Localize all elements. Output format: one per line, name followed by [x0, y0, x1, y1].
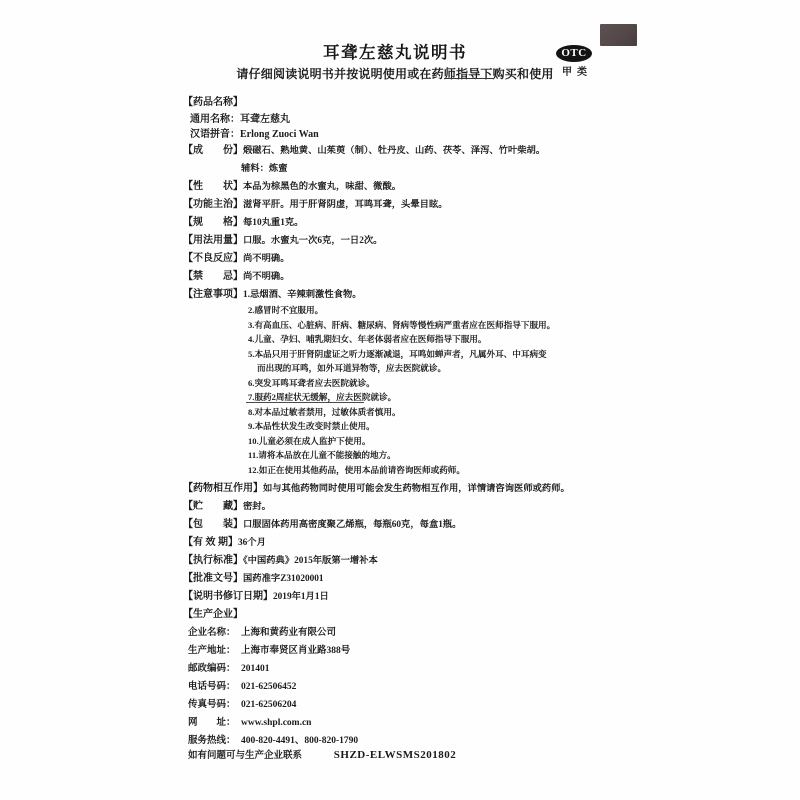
field-label: 通用名称： — [190, 114, 240, 125]
precaution-item: 5.本品只用于肝肾阴虚证之听力逐渐减退，耳鸣如蝉声者，凡属外耳、中耳病变 — [183, 346, 570, 361]
precaution-text: 而出现的耳鸣，如外耳道异物等，应去医院就诊。 — [257, 363, 446, 373]
field-value: 400-820-4491、800-820-1790 — [241, 736, 358, 746]
manufacturer-row: 电话号码：021-62506452 — [183, 676, 570, 694]
precaution-item: 11.请将本品放在儿童不能接触的地方。 — [183, 447, 570, 462]
section-indications: 【功能主治】滋肾平肝。用于肝肾阴虚，耳鸣耳聋，头晕目眩。 — [183, 194, 570, 212]
leaflet-page: 耳聋左慈丸说明书 请仔细阅读说明书并按说明使用或在药师指导下购买和使用 OTC … — [0, 0, 800, 800]
section-value: 口服。水蜜丸一次6克，一日2次。 — [243, 236, 382, 246]
manufacturer-row: 企业名称：上海和黄药业有限公司 — [183, 622, 570, 640]
section-label: 【生产企业】 — [183, 609, 243, 620]
manufacturer-row: 邮政编码：201401 — [183, 658, 570, 676]
precaution-text: 5.本品只用于肝肾阴虚证之听力逐渐减退，耳鸣如蝉声者，凡属外耳、中耳病变 — [248, 349, 547, 359]
manufacturer-row: 传真号码：021-62506204 — [183, 694, 570, 712]
section-properties: 【性 状】本品为棕黑色的水蜜丸，味甜、微酸。 — [183, 176, 570, 194]
section-label: 【说明书修订日期】 — [183, 591, 273, 602]
precaution-text: 3.有高血压、心脏病、肝病、糖尿病、肾病等慢性病严重者应在医师指导下服用。 — [248, 320, 555, 330]
section-label: 【用法用量】 — [183, 235, 243, 246]
field-label: 汉语拼音： — [190, 129, 240, 140]
pinyin-row: 汉语拼音：Erlong Zuoci Wan — [183, 125, 570, 140]
precaution-text: 6.突发耳鸣耳聋者应去医院就诊。 — [248, 378, 375, 388]
section-contraindications: 【禁 忌】尚不明确。 — [183, 266, 570, 284]
precaution-text: 4.儿童、孕妇、哺乳期妇女、年老体弱者应在医师指导下服用。 — [248, 334, 486, 344]
section-standard: 【执行标准】《中国药典》2015年版第一增补本 — [183, 550, 570, 568]
section-validity: 【有 效 期】36个月 — [183, 532, 570, 550]
precaution-item: 12.如正在使用其他药品，使用本品前请咨询医师或药师。 — [183, 462, 570, 477]
section-label: 【功能主治】 — [183, 199, 243, 210]
section-label: 【包 装】 — [183, 519, 243, 530]
section-label: 【药品名称】 — [183, 97, 243, 108]
manufacturer-row: 生产地址：上海市奉贤区肖业路388号 — [183, 640, 570, 658]
field-value: 021-62506452 — [241, 682, 296, 692]
precaution-item: 3.有高血压、心脏病、肝病、糖尿病、肾病等慢性病严重者应在医师指导下服用。 — [183, 317, 570, 332]
section-label: 【规 格】 — [183, 217, 243, 228]
section-ingredients: 【成 份】煅磁石、熟地黄、山茱萸（制）、牡丹皮、山药、茯苓、泽泻、竹叶柴胡。 — [183, 140, 570, 158]
doc-code: SHZD-ELWSMS201802 — [334, 749, 456, 761]
precaution-item: 9.本品性状发生改变时禁止使用。 — [183, 418, 570, 433]
section-value: 《中国药典》2015年版第一增补本 — [243, 556, 378, 566]
field-value: 耳聋左慈丸 — [240, 114, 290, 125]
section-value: 尚不明确。 — [243, 272, 290, 282]
field-value: Erlong Zuoci Wan — [240, 129, 319, 140]
manufacturer-row: 网 址：www.shpl.com.cn — [183, 712, 570, 730]
section-value: 密封。 — [243, 502, 271, 512]
section-label: 【药物相互作用】 — [183, 483, 263, 494]
precaution-text: 9.本品性状发生改变时禁止使用。 — [248, 421, 375, 431]
section-label: 【不良反应】 — [183, 253, 243, 264]
section-label: 【贮 藏】 — [183, 501, 243, 512]
section-revision-date: 【说明书修订日期】2019年1月1日 — [183, 586, 570, 604]
section-label: 【注意事项】 — [183, 289, 243, 300]
section-value: 每10丸重1克。 — [243, 218, 303, 228]
section-precautions: 【注意事项】1.忌烟酒、辛辣刺激性食物。 — [183, 284, 570, 302]
section-value: 36个月 — [238, 538, 266, 548]
precaution-item: 10.儿童必须在成人监护下使用。 — [183, 433, 570, 448]
scan-smudge-artifact — [600, 24, 637, 46]
page-subtitle: 请仔细阅读说明书并按说明使用或在药师指导下购买和使用 — [236, 65, 553, 82]
section-value: 国药准字Z31020001 — [243, 574, 324, 584]
section-value: 滋肾平肝。用于肝肾阴虚，耳鸣耳聋，头晕目眩。 — [243, 200, 448, 210]
section-value: 本品为棕黑色的水蜜丸，味甜、微酸。 — [243, 182, 401, 192]
precaution-item-continuation: 而出现的耳鸣，如外耳道异物等，应去医院就诊。 — [183, 360, 570, 375]
field-value: www.shpl.com.cn — [241, 718, 311, 728]
leaflet-body: 【药品名称】 通用名称：耳聋左慈丸 汉语拼音：Erlong Zuoci Wan … — [183, 92, 570, 764]
section-dosage: 【用法用量】口服。水蜜丸一次6克，一日2次。 — [183, 230, 570, 248]
scan-artifact-underline — [444, 78, 493, 79]
section-label: 【性 状】 — [183, 181, 243, 192]
section-label: 【成 份】 — [183, 145, 243, 156]
manufacturer-row: 服务热线：400-820-4491、800-820-1790 — [183, 730, 570, 748]
section-value: 如与其他药物同时使用可能会发生药物相互作用，详情请咨询医师或药师。 — [263, 484, 570, 494]
section-drug-name: 【药品名称】 — [183, 92, 570, 110]
page-title: 耳聋左慈丸说明书 — [323, 39, 467, 63]
section-value: 尚不明确。 — [243, 254, 290, 264]
precaution-item: 6.突发耳鸣耳聋者应去医院就诊。 — [183, 375, 570, 390]
section-spec: 【规 格】每10丸重1克。 — [183, 212, 570, 230]
excipient-row: 辅料：炼蜜 — [183, 158, 570, 176]
precaution-item: 2.感冒时不宜服用。 — [183, 302, 570, 317]
section-package: 【包 装】口服固体药用高密度聚乙烯瓶，每瓶60克，每盒1瓶。 — [183, 514, 570, 532]
field-value: 上海市奉贤区肖业路388号 — [241, 646, 350, 656]
section-label: 【批准文号】 — [183, 573, 243, 584]
precaution-text: 11.请将本品放在儿童不能接触的地方。 — [248, 450, 396, 460]
section-storage: 【贮 藏】密封。 — [183, 496, 570, 514]
otc-category-label: 甲类 — [562, 63, 592, 78]
field-value: 辅料：炼蜜 — [241, 164, 288, 174]
section-label: 【禁 忌】 — [183, 271, 243, 282]
field-value: 021-62506204 — [241, 700, 296, 710]
precaution-item: 7.服药2周症状无缓解，应去医院就诊。 — [183, 389, 570, 404]
precaution-item: 4.儿童、孕妇、哺乳期妇女、年老体弱者应在医师指导下服用。 — [183, 331, 570, 346]
section-manufacturer: 【生产企业】 — [183, 604, 570, 622]
generic-name-row: 通用名称：耳聋左慈丸 — [183, 110, 570, 125]
precaution-item: 8.对本品过敏者禁用，过敏体质者慎用。 — [183, 404, 570, 419]
section-value: 煅磁石、熟地黄、山茱萸（制）、牡丹皮、山药、茯苓、泽泻、竹叶柴胡。 — [243, 146, 545, 156]
precaution-text: 8.对本品过敏者禁用，过敏体质者慎用。 — [248, 407, 401, 417]
precaution-text: 2.感冒时不宜服用。 — [248, 305, 323, 315]
precaution-text: 7.服药2周症状无缓解，应去医院就诊。 — [248, 392, 396, 402]
section-label: 【有 效 期】 — [183, 537, 238, 548]
section-interactions: 【药物相互作用】如与其他药物同时使用可能会发生药物相互作用，详情请咨询医师或药师… — [183, 478, 570, 496]
precaution-text: 12.如正在使用其他药品，使用本品前请咨询医师或药师。 — [248, 465, 465, 475]
section-approval-no: 【批准文号】国药准字Z31020001 — [183, 568, 570, 586]
otc-badge: OTC — [556, 45, 592, 62]
precaution-text: 10.儿童必须在成人监护下使用。 — [248, 436, 370, 446]
section-value: 2019年1月1日 — [273, 592, 329, 602]
field-value: 201401 — [241, 664, 270, 674]
precaution-item: 1.忌烟酒、辛辣刺激性食物。 — [243, 290, 362, 300]
section-adverse-reactions: 【不良反应】尚不明确。 — [183, 248, 570, 266]
section-value: 口服固体药用高密度聚乙烯瓶，每瓶60克，每盒1瓶。 — [243, 520, 461, 530]
section-label: 【执行标准】 — [183, 555, 243, 566]
field-value: 上海和黄药业有限公司 — [241, 628, 336, 638]
